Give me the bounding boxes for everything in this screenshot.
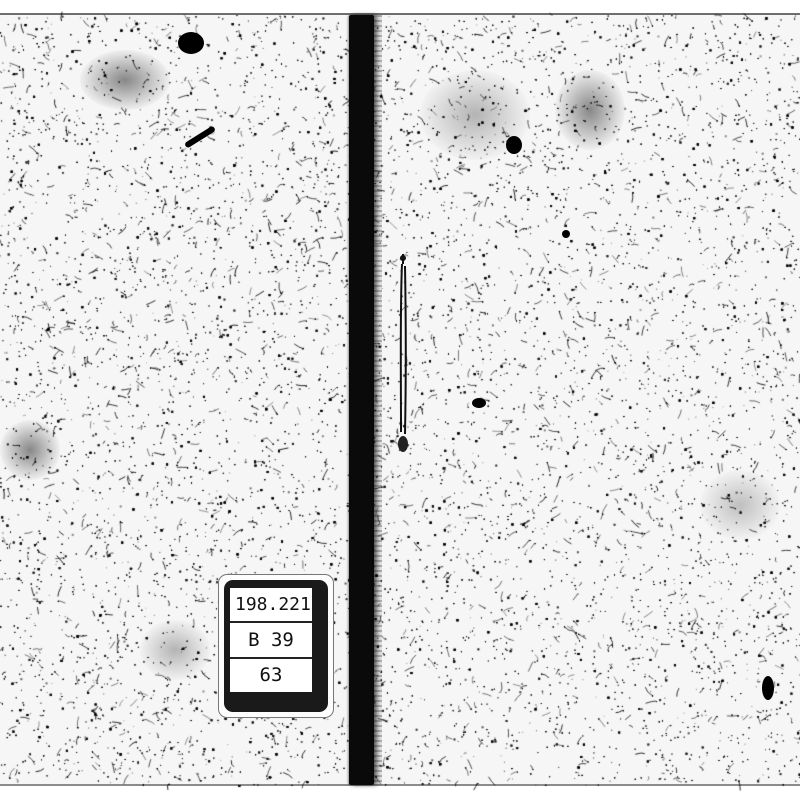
call-number-label: 198.221 B 39 63 (218, 574, 334, 718)
label-text-area: 198.221 B 39 63 (230, 588, 312, 692)
spine-edge (372, 15, 382, 785)
call-number-class: 198.221 (230, 588, 312, 621)
ink-blot (472, 398, 486, 408)
ink-blot (762, 676, 774, 700)
call-number-cutter: B 39 (230, 621, 312, 656)
ink-blot (506, 136, 522, 154)
book-spine (349, 15, 374, 785)
ink-blot (178, 32, 204, 54)
scanned-book-cover: 198.221 B 39 63 (0, 0, 800, 800)
call-number-year: 63 (230, 657, 312, 692)
binding-thread (397, 252, 409, 457)
ink-blot (562, 230, 570, 238)
